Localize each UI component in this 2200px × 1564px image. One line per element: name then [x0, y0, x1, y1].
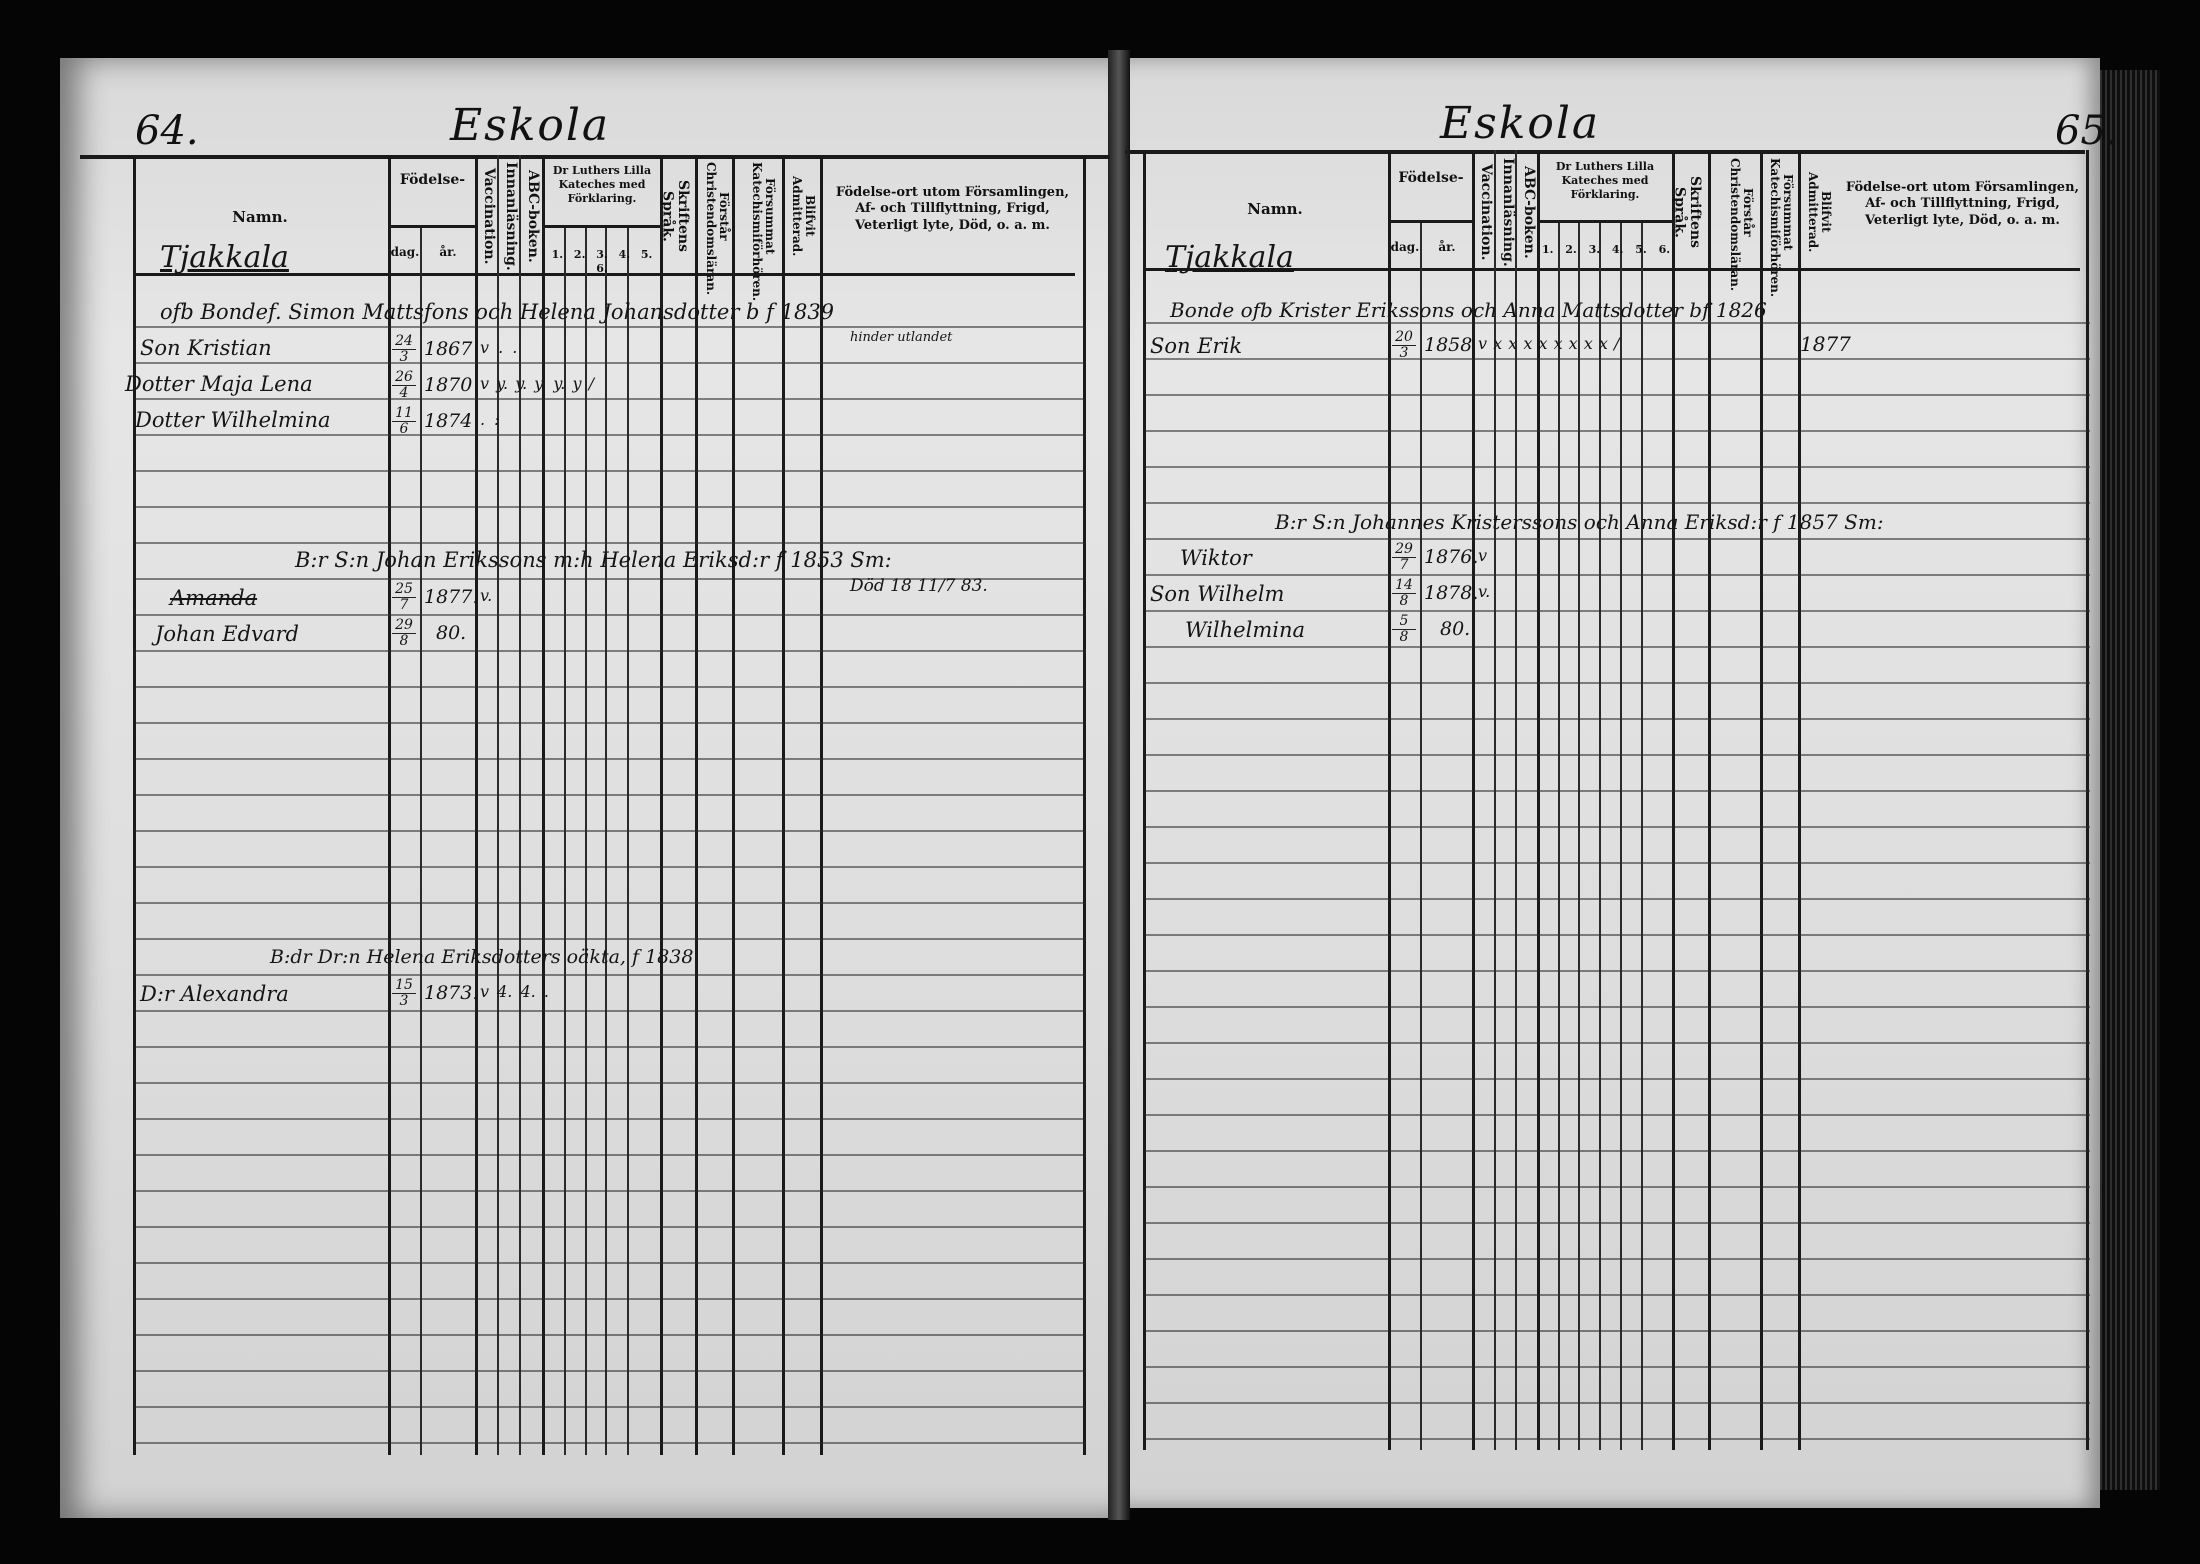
right-page-number: 65.	[2055, 108, 2119, 154]
row-rule	[1145, 646, 2090, 648]
row-rule	[1145, 1366, 2090, 1368]
birth-day-month: 257	[392, 582, 416, 612]
row-rule	[135, 722, 1085, 724]
member-marks: v.	[1478, 582, 1490, 601]
row-rule	[135, 758, 1085, 760]
birth-day-month: 148	[1392, 578, 1416, 608]
row-rule	[135, 1118, 1085, 1120]
left-page-number: 64.	[135, 108, 199, 154]
member-marks: v y. y. y. y. y /	[480, 374, 594, 393]
birth-day-month: 297	[1392, 542, 1416, 572]
row-rule	[135, 1190, 1085, 1192]
row-rule	[135, 542, 1085, 544]
row-rule	[135, 1406, 1085, 1408]
row-rule	[1145, 718, 2090, 720]
row-rule	[135, 398, 1085, 400]
right-header-forstar: Förstår Christendomsläran.	[1714, 158, 1754, 266]
row-rule	[135, 506, 1085, 508]
birth-year: 80.	[436, 622, 466, 644]
member-name-struck: Amanda	[170, 586, 257, 610]
row-rule	[1145, 1078, 2090, 1080]
member-marks: v x x x x x x x x /	[1478, 334, 1619, 353]
household-remark: hinder utlandet	[850, 330, 952, 345]
row-rule	[1145, 1330, 2090, 1332]
row-rule	[1145, 826, 2090, 828]
member-name: Johan Edvard	[155, 622, 299, 646]
left-place-name: Eskola	[450, 100, 610, 151]
row-rule	[1145, 1186, 2090, 1188]
birth-year: 80.	[1440, 618, 1470, 640]
row-rule	[135, 1334, 1085, 1336]
right-header-fodelse: Födelse-	[1390, 170, 1472, 188]
right-top-rule	[1125, 150, 2085, 154]
member-name: Son Kristian	[140, 336, 272, 360]
right-place-name: Eskola	[1440, 98, 1600, 149]
book-gutter	[1108, 50, 1130, 1520]
member-name: Wilhelmina	[1185, 618, 1305, 642]
left-section-label: Tjakkala	[160, 240, 289, 275]
right-col-line	[1558, 222, 1560, 1450]
right-fodelse-subrule	[1388, 220, 1473, 223]
right-col-line	[1760, 150, 1763, 1450]
right-header-forsummat: Försummat Katechismiförhören.	[1764, 158, 1794, 266]
row-rule	[1145, 970, 2090, 972]
right-header-vaccination: Vaccination.	[1475, 158, 1493, 266]
right-header-ar: år.	[1422, 240, 1472, 255]
right-header-skriftens-sprak: Skriftens Språk.	[1680, 158, 1702, 266]
right-col-line	[1672, 150, 1675, 1450]
household-head: Bonde ofb Krister Erikssons och Anna Mat…	[1170, 298, 1767, 322]
row-rule	[1145, 466, 2090, 468]
birth-year: 1858	[1424, 334, 1472, 356]
birth-day-month: 243	[392, 334, 416, 364]
right-luther-subrule	[1537, 220, 1673, 223]
left-col-line	[475, 155, 478, 1455]
member-marks: v.	[480, 586, 492, 605]
row-rule	[1145, 682, 2090, 684]
birth-year: 1870	[424, 374, 472, 396]
right-col-line	[1578, 222, 1580, 1450]
birth-year: 1873.	[424, 982, 478, 1004]
left-header-forstar: Förstår Christendomsläran.	[700, 162, 730, 270]
left-header-namn: Namn.	[200, 208, 320, 227]
left-col-line	[585, 228, 587, 1455]
member-name: Son Wilhelm	[1150, 582, 1284, 606]
right-page	[1122, 58, 2100, 1508]
row-rule	[1145, 538, 2090, 540]
birth-day-month: 298	[392, 618, 416, 648]
row-rule	[135, 830, 1085, 832]
right-col-line	[1388, 150, 1391, 1450]
left-col-line	[542, 155, 545, 1455]
right-section-label: Tjakkala	[1165, 240, 1294, 275]
row-rule	[1145, 322, 2090, 324]
member-name: Wiktor	[1180, 546, 1252, 570]
right-col-line	[1143, 150, 1146, 1450]
row-rule	[135, 614, 1085, 616]
left-header-luther: Dr Luthers Lilla Kateches med Förklaring…	[544, 164, 660, 205]
left-col-line	[820, 155, 823, 1455]
left-header-luther-cols: 1. 2. 3. 4. 5. 6.	[544, 248, 660, 276]
row-rule	[135, 1010, 1085, 1012]
row-rule	[1145, 1294, 2090, 1296]
member-marks: . :	[480, 410, 500, 429]
left-col-line	[782, 155, 785, 1455]
row-rule	[135, 1154, 1085, 1156]
right-header-luther: Dr Luthers Lilla Kateches med Förklaring…	[1539, 160, 1671, 201]
row-rule	[1145, 358, 2090, 360]
right-header-namn: Namn.	[1225, 200, 1325, 219]
page-edges	[2100, 70, 2160, 1490]
row-rule	[135, 974, 1085, 976]
row-rule	[1145, 1150, 2090, 1152]
row-rule	[1145, 898, 2090, 900]
row-rule	[135, 794, 1085, 796]
left-header-admitterad: Blifvit Admitterad.	[786, 162, 816, 270]
birth-year: 1867	[424, 338, 472, 360]
left-col-line	[388, 155, 391, 1455]
birth-day-month: 203	[1392, 330, 1416, 360]
left-header-vaccination: Vaccination.	[478, 162, 496, 270]
left-col-line	[420, 228, 422, 1455]
row-rule	[135, 902, 1085, 904]
household-head: B:r S:n Johannes Kristerssons och Anna E…	[1275, 510, 1884, 534]
left-header-fodelseort: Födelse-ort utom Församlingen, Af- och T…	[830, 185, 1075, 234]
left-col-line	[133, 155, 136, 1455]
row-rule	[1145, 394, 2090, 396]
left-col-line	[695, 155, 698, 1455]
left-top-rule	[80, 155, 1110, 159]
left-col-line	[732, 155, 735, 1455]
member-name: Son Erik	[1150, 334, 1242, 358]
right-header-dag: dag.	[1389, 240, 1421, 255]
right-header-innanlasning: Innanläsning.	[1497, 158, 1515, 266]
right-col-line	[1708, 150, 1711, 1450]
row-rule	[135, 866, 1085, 868]
member-name: Dotter Maja Lena	[125, 372, 313, 396]
member-marks: v	[1478, 546, 1487, 565]
birth-year: 1877.	[424, 586, 478, 608]
right-header-fodelseort: Födelse-ort utom Församlingen, Af- och T…	[1845, 180, 2080, 229]
row-rule	[135, 470, 1085, 472]
row-rule	[1145, 610, 2090, 612]
household-head: ofb Bondef. Simon Mattsfons och Helena J…	[160, 300, 834, 324]
right-header-abc: ABC-boken.	[1518, 158, 1536, 266]
row-rule	[135, 434, 1085, 436]
birth-day-month: 116	[392, 406, 416, 436]
row-rule	[1145, 502, 2090, 504]
left-col-line	[519, 155, 521, 1455]
row-rule	[135, 650, 1085, 652]
row-rule	[1145, 790, 2090, 792]
household-remark: 1877	[1800, 332, 1851, 356]
row-rule	[1145, 430, 2090, 432]
right-col-line	[1472, 150, 1475, 1450]
left-header-skriftens-sprak: Skriftens Språk.	[668, 162, 690, 270]
left-header-ar: år.	[422, 245, 474, 260]
left-header-abc: ABC-boken.	[522, 162, 540, 270]
row-rule	[135, 686, 1085, 688]
row-rule	[135, 1370, 1085, 1372]
row-rule	[1145, 574, 2090, 576]
left-col-line	[1083, 155, 1086, 1455]
right-col-line	[1599, 222, 1601, 1450]
right-col-line	[1420, 222, 1422, 1450]
row-rule	[1145, 1438, 2090, 1440]
row-rule	[135, 326, 1085, 328]
row-rule	[1145, 1114, 2090, 1116]
right-col-line	[2086, 150, 2089, 1450]
left-col-line	[627, 228, 629, 1455]
left-fodelse-subrule	[388, 225, 476, 228]
left-luther-subrule	[542, 225, 660, 228]
left-header-fodelse: Födelse-	[390, 172, 475, 190]
row-rule	[1145, 862, 2090, 864]
right-col-line	[1641, 222, 1643, 1450]
member-name: D:r Alexandra	[140, 982, 289, 1006]
member-name: Dotter Wilhelmina	[135, 408, 331, 432]
row-rule	[135, 1298, 1085, 1300]
row-rule	[135, 1226, 1085, 1228]
member-marks: v . .	[480, 338, 517, 357]
row-rule	[135, 1442, 1085, 1444]
row-rule	[135, 1262, 1085, 1264]
birth-year: 1876.	[1424, 546, 1478, 568]
row-rule	[135, 938, 1085, 940]
right-col-line	[1620, 222, 1622, 1450]
row-rule	[1145, 1222, 2090, 1224]
row-rule	[135, 1082, 1085, 1084]
left-header-forsummat: Försummat Katechismiförhören.	[740, 162, 776, 270]
row-rule	[1145, 934, 2090, 936]
right-header-luther-cols: 1. 2. 3. 4. 5. 6.	[1539, 243, 1673, 257]
left-header-dag: dag.	[389, 245, 421, 260]
left-col-line	[605, 228, 607, 1455]
row-rule	[1145, 1042, 2090, 1044]
row-rule	[1145, 1006, 2090, 1008]
birth-year: 1878.	[1424, 582, 1478, 604]
row-rule	[135, 362, 1085, 364]
row-rule	[1145, 1258, 2090, 1260]
household-head: B:dr Dr:n Helena Eriksdotters oäkta, f 1…	[270, 946, 693, 968]
right-header-admitterad: Blifvit Admitterad.	[1802, 158, 1832, 266]
member-marks: v 4. 4. .	[480, 982, 549, 1001]
birth-day-month: 153	[392, 978, 416, 1008]
birth-year: 1874	[424, 410, 472, 432]
left-col-line	[660, 155, 663, 1455]
row-rule	[1145, 754, 2090, 756]
left-col-line	[564, 228, 566, 1455]
row-rule	[1145, 1402, 2090, 1404]
household-head: B:r S:n Johan Erikssons m:h Helena Eriks…	[295, 548, 892, 572]
row-rule	[135, 1046, 1085, 1048]
household-remark: Död 18 11/7 83.	[850, 576, 988, 596]
left-header-innanlasning: Innanläsning.	[500, 162, 518, 270]
birth-day-month: 264	[392, 370, 416, 400]
birth-day-month: 58	[1392, 614, 1416, 644]
